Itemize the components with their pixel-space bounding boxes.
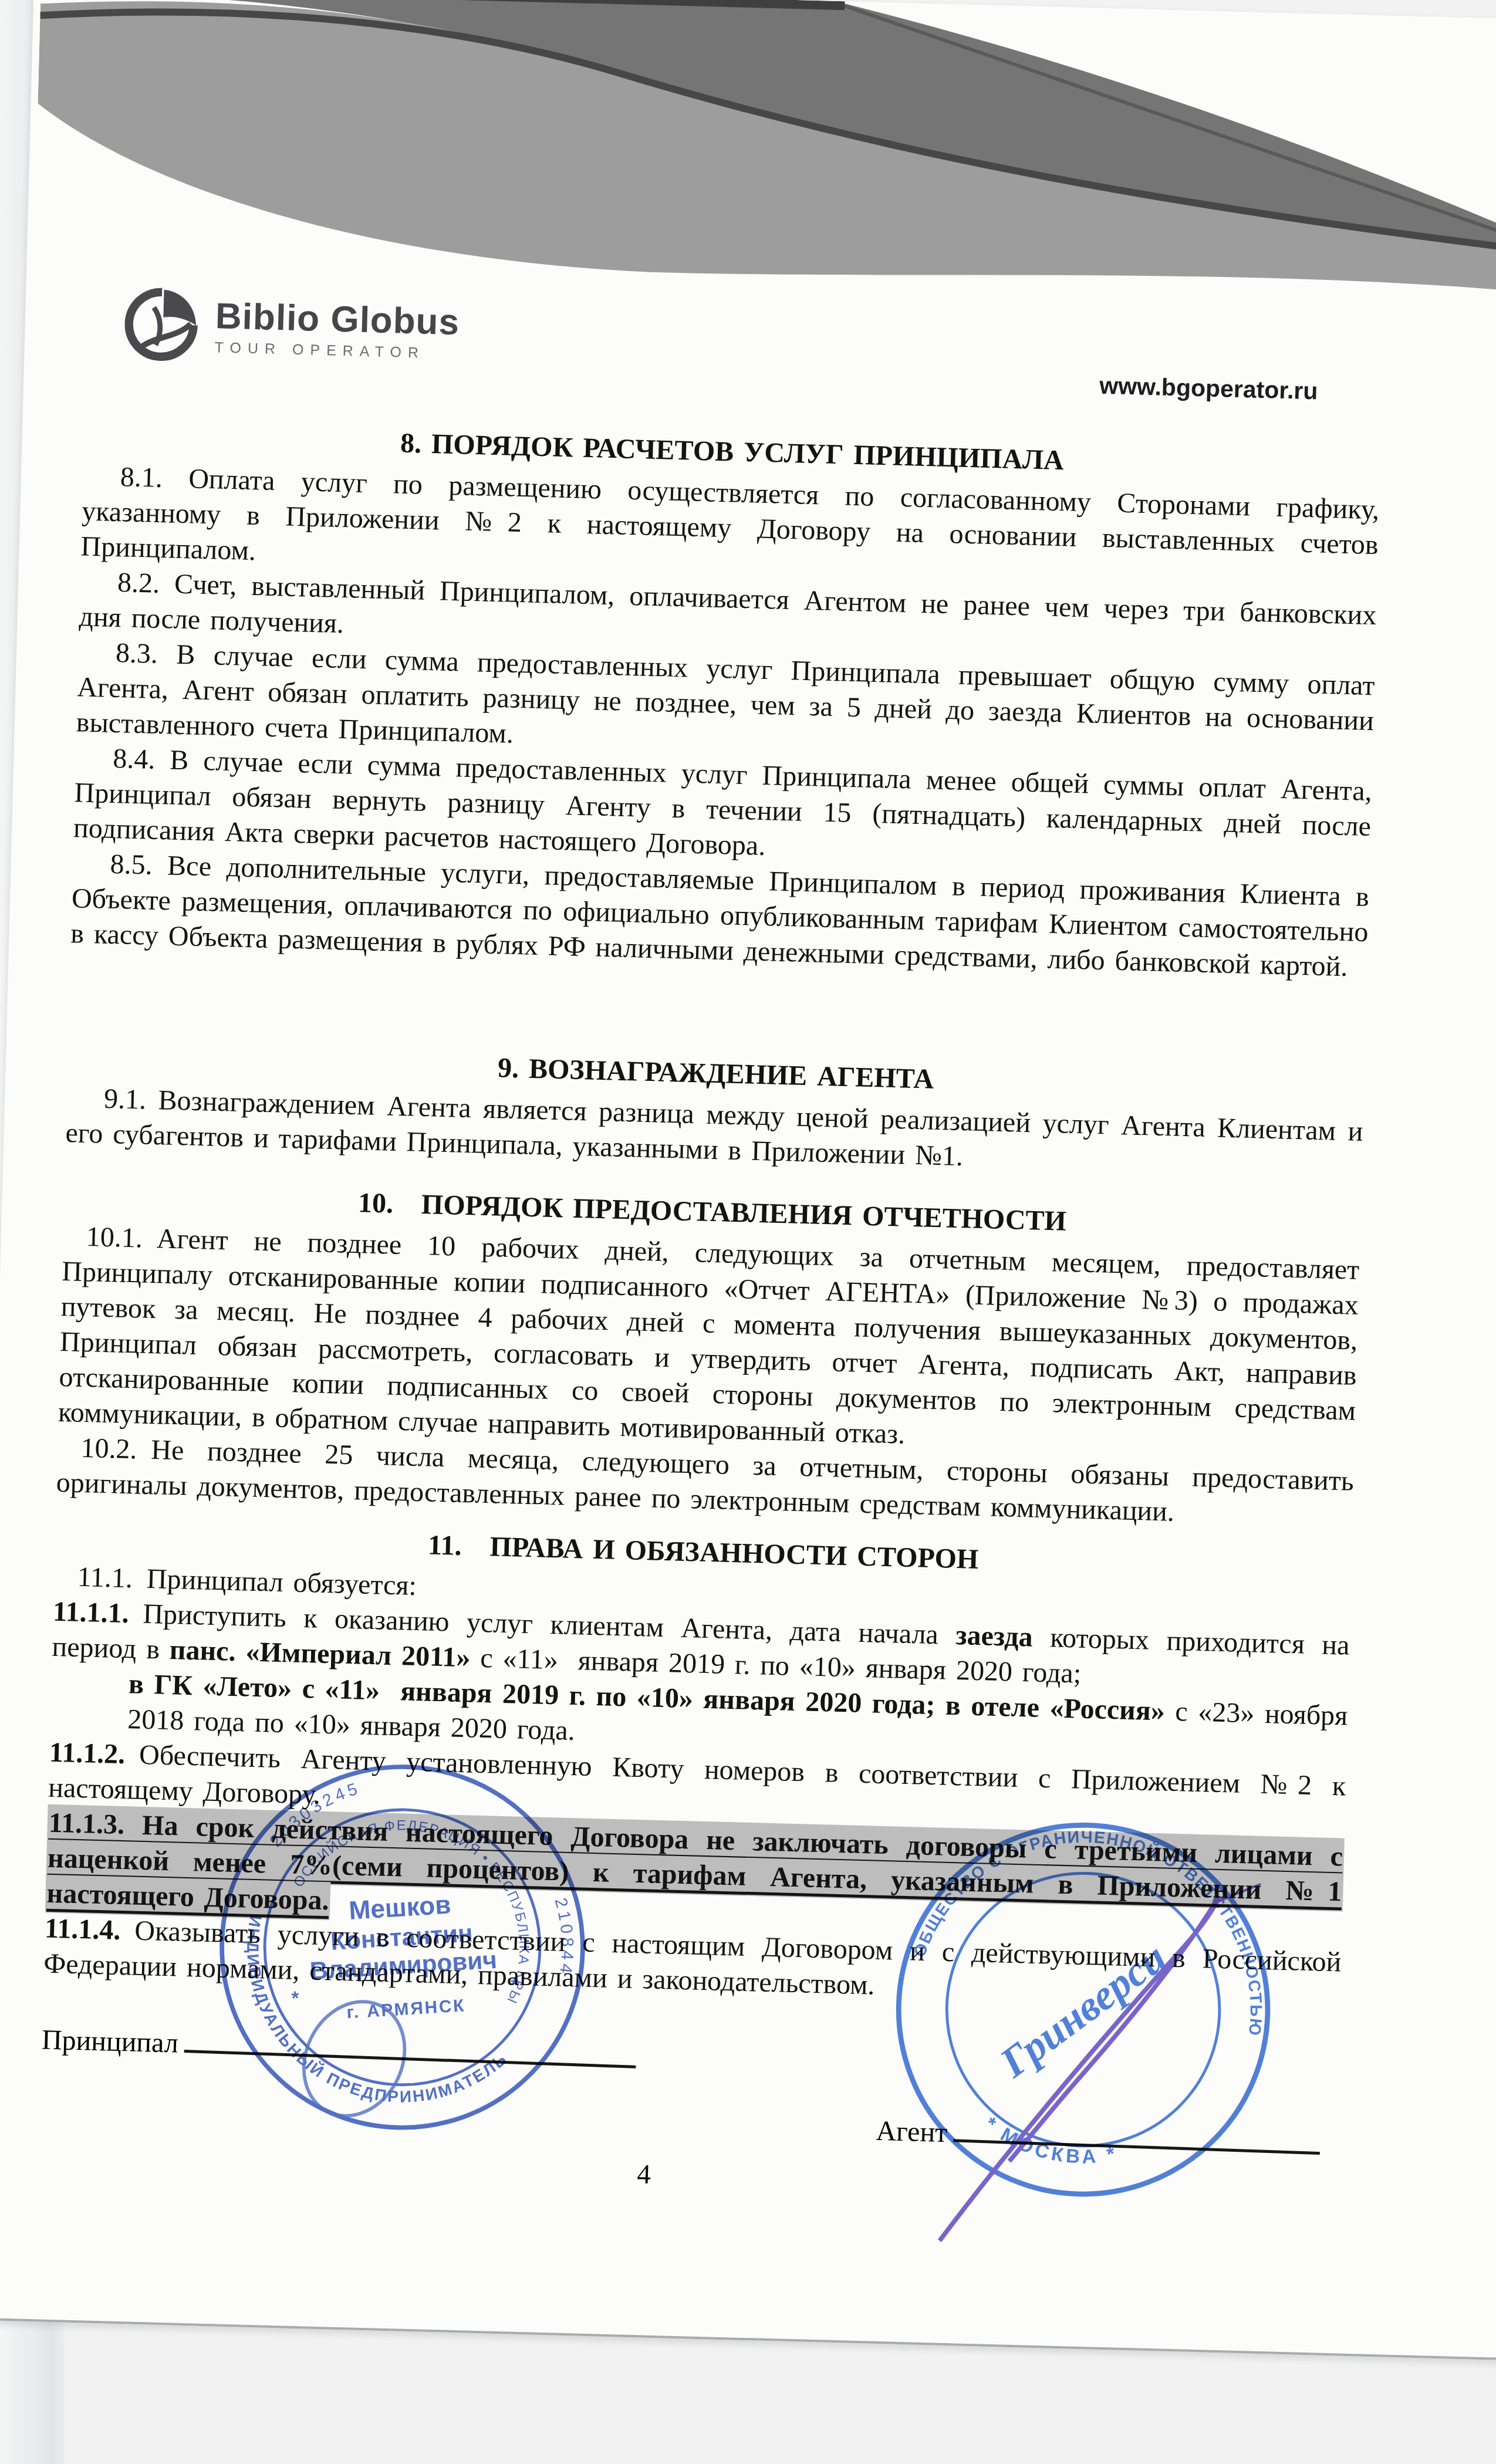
text-run: 11.1. Принципал обязуется: [77, 1561, 417, 1601]
header-swoosh-graphic [33, 0, 1496, 302]
text-run: 10.1. Агент не позднее 10 рабочих дней, … [58, 1221, 1359, 1450]
svg-text:*: * [511, 1973, 519, 1996]
text-run: 11.1.2. [49, 1737, 140, 1770]
text-run: 8. ПОРЯДОК РАСЧЕТОВ УСЛУГ ПРИНЦИПАЛА [400, 428, 1064, 476]
text-run: 11. ПРАВА И ОБЯЗАННОСТИ СТОРОН [428, 1529, 979, 1575]
principal-label: Принципал [41, 2024, 178, 2059]
svg-text:Мешков: Мешков [348, 1890, 452, 1925]
agent-stamp: ОБЩЕСТВО С ОГРАНИЧЕННОЙ ОТВЕТСТВЕННОСТЬЮ… [858, 1780, 1308, 2273]
principal-stamp: 20303245 210844 РОССИЙСКАЯ ФЕДЕРАЦИЯ • Р… [183, 1725, 622, 2164]
svg-text:* МОСКВА *: * МОСКВА * [977, 2111, 1125, 2180]
page-number: 4 [637, 2158, 651, 2191]
brand-name: Biblio Globus [215, 295, 460, 343]
scanned-page: Biblio Globus TOUR OPERATOR www.bgoperat… [0, 0, 1496, 2361]
text-run: 11.1.1. [53, 1596, 144, 1630]
text-run: панс. «Империал 2011» [169, 1634, 471, 1673]
svg-text:*: * [291, 1987, 300, 2009]
paragraph: 10.1. Агент не позднее 10 рабочих дней, … [58, 1219, 1360, 1464]
biblio-globus-logo-icon [121, 285, 201, 364]
text-run: заезда [955, 1620, 1034, 1652]
text-run: 9. ВОЗНАГРАЖДЕНИЕ АГЕНТА [497, 1052, 934, 1094]
svg-text:г. АРМЯНСК: г. АРМЯНСК [346, 1996, 467, 2022]
text-run: 11.1.4. [44, 1913, 135, 1946]
